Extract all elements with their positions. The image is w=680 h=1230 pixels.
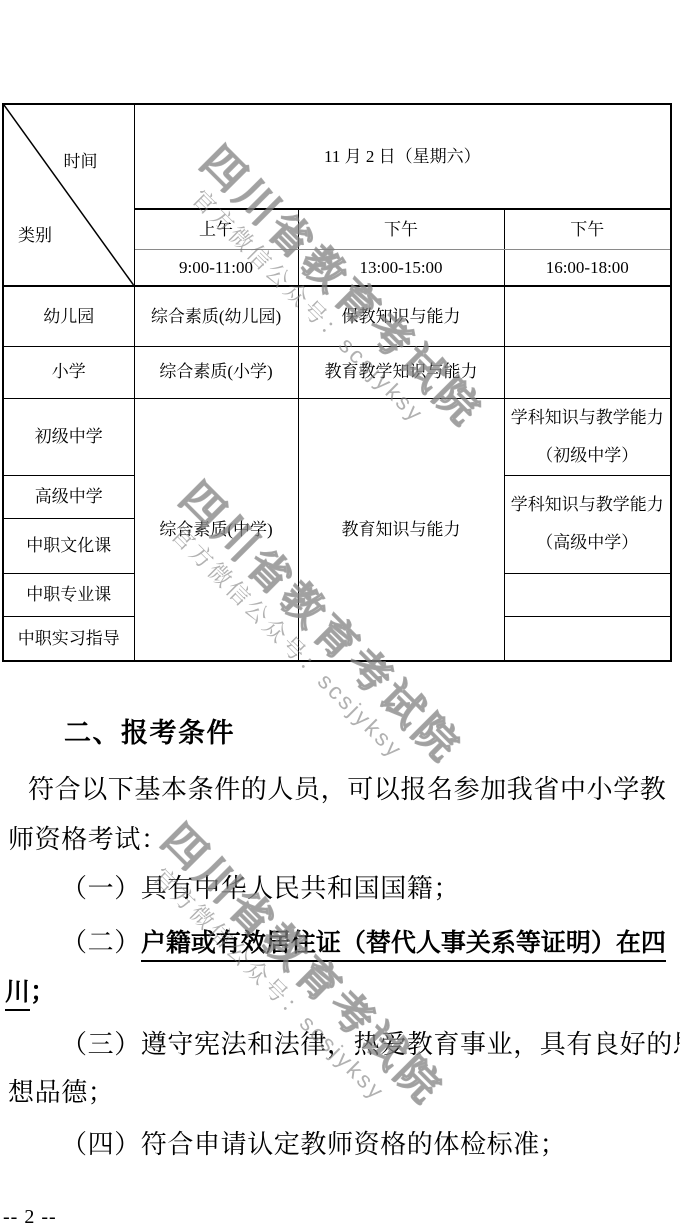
body-line-item3-2: 想品德； — [8, 1079, 114, 1107]
body-line-item4: （四）符合申请认定教师资格的体检标准； — [61, 1131, 566, 1159]
item2-tail: ； — [30, 977, 57, 1006]
category-cell: 幼儿园 — [3, 286, 134, 346]
period-cell-afternoon1: 下午 — [298, 209, 504, 249]
subject-line: 学科知识与教学能力 — [507, 486, 669, 524]
subject-cell: 教育教学知识与能力 — [298, 346, 504, 398]
document-page: 时间 类别 11 月 2 日（星期六） 上午 下午 下午 9:00-11:00 … — [0, 0, 680, 1230]
subject-line: （初级中学） — [507, 437, 669, 475]
category-cell: 小学 — [3, 346, 134, 398]
empty-cell — [504, 346, 671, 398]
period-cell-afternoon2: 下午 — [504, 209, 671, 249]
underlined-bold-text: 川 — [5, 979, 30, 1011]
subject-cell-junior: 学科知识与教学能力 （初级中学） — [504, 398, 671, 475]
subject-cell: 综合素质(幼儿园) — [134, 286, 298, 346]
body-line-item3-1: （三）遵守宪法和法律，热爱教育事业，具有良好的思 — [61, 1031, 680, 1059]
section-heading: 二、报考条件 — [64, 719, 235, 747]
time-cell-afternoon2: 16:00-18:00 — [504, 249, 671, 286]
subject-cell-senior: 学科知识与教学能力 （高级中学） — [504, 475, 671, 573]
empty-cell — [504, 573, 671, 616]
category-cell: 初级中学 — [3, 398, 134, 475]
corner-cell: 时间 类别 — [3, 104, 134, 286]
exam-schedule-table: 时间 类别 11 月 2 日（星期六） 上午 下午 下午 9:00-11:00 … — [2, 103, 672, 662]
category-cell: 中职文化课 — [3, 518, 134, 573]
corner-label-category: 类别 — [18, 225, 52, 246]
body-line-item1: （一）具有中华人民共和国国籍； — [61, 875, 460, 903]
time-cell-afternoon1: 13:00-15:00 — [298, 249, 504, 286]
corner-diagonal-line — [4, 105, 134, 285]
body-line-item2: （二）户籍或有效居住证（替代人事关系等证明）在四 — [61, 929, 666, 958]
underlined-bold-text: 户籍或有效居住证（替代人事关系等证明）在四 — [141, 930, 666, 962]
category-cell: 中职实习指导 — [3, 616, 134, 661]
subject-cell: 综合素质(小学) — [134, 346, 298, 398]
subject-cell: 综合素质(中学) — [134, 398, 298, 661]
date-header-cell: 11 月 2 日（星期六） — [134, 104, 671, 209]
body-line-intro-1: 符合以下基本条件的人员，可以报名参加我省中小学教 — [28, 776, 666, 804]
time-cell-morning: 9:00-11:00 — [134, 249, 298, 286]
empty-cell — [504, 286, 671, 346]
watermark-small-text: 官方微信公众号：scsjyksy — [148, 863, 419, 1134]
subject-line: （高级中学） — [507, 524, 669, 562]
body-line-intro-2: 师资格考试： — [8, 826, 168, 854]
item2-prefix: （二） — [61, 928, 141, 957]
page-number: -- 2 -- — [3, 1203, 57, 1230]
category-cell: 高级中学 — [3, 475, 134, 518]
empty-cell — [504, 616, 671, 661]
period-cell-morning: 上午 — [134, 209, 298, 249]
category-cell: 中职专业课 — [3, 573, 134, 616]
body-line-item2-cont: 川； — [5, 978, 57, 1007]
subject-cell: 保教知识与能力 — [298, 286, 504, 346]
subject-cell: 教育知识与能力 — [298, 398, 504, 661]
watermark-group-3: 四川省教育考试院 官方微信公众号：scsjyksy — [134, 816, 452, 1134]
subject-line: 学科知识与教学能力 — [507, 399, 669, 437]
corner-label-time: 时间 — [64, 151, 98, 172]
watermark-big-text: 四川省教育考试院 — [153, 816, 451, 1114]
